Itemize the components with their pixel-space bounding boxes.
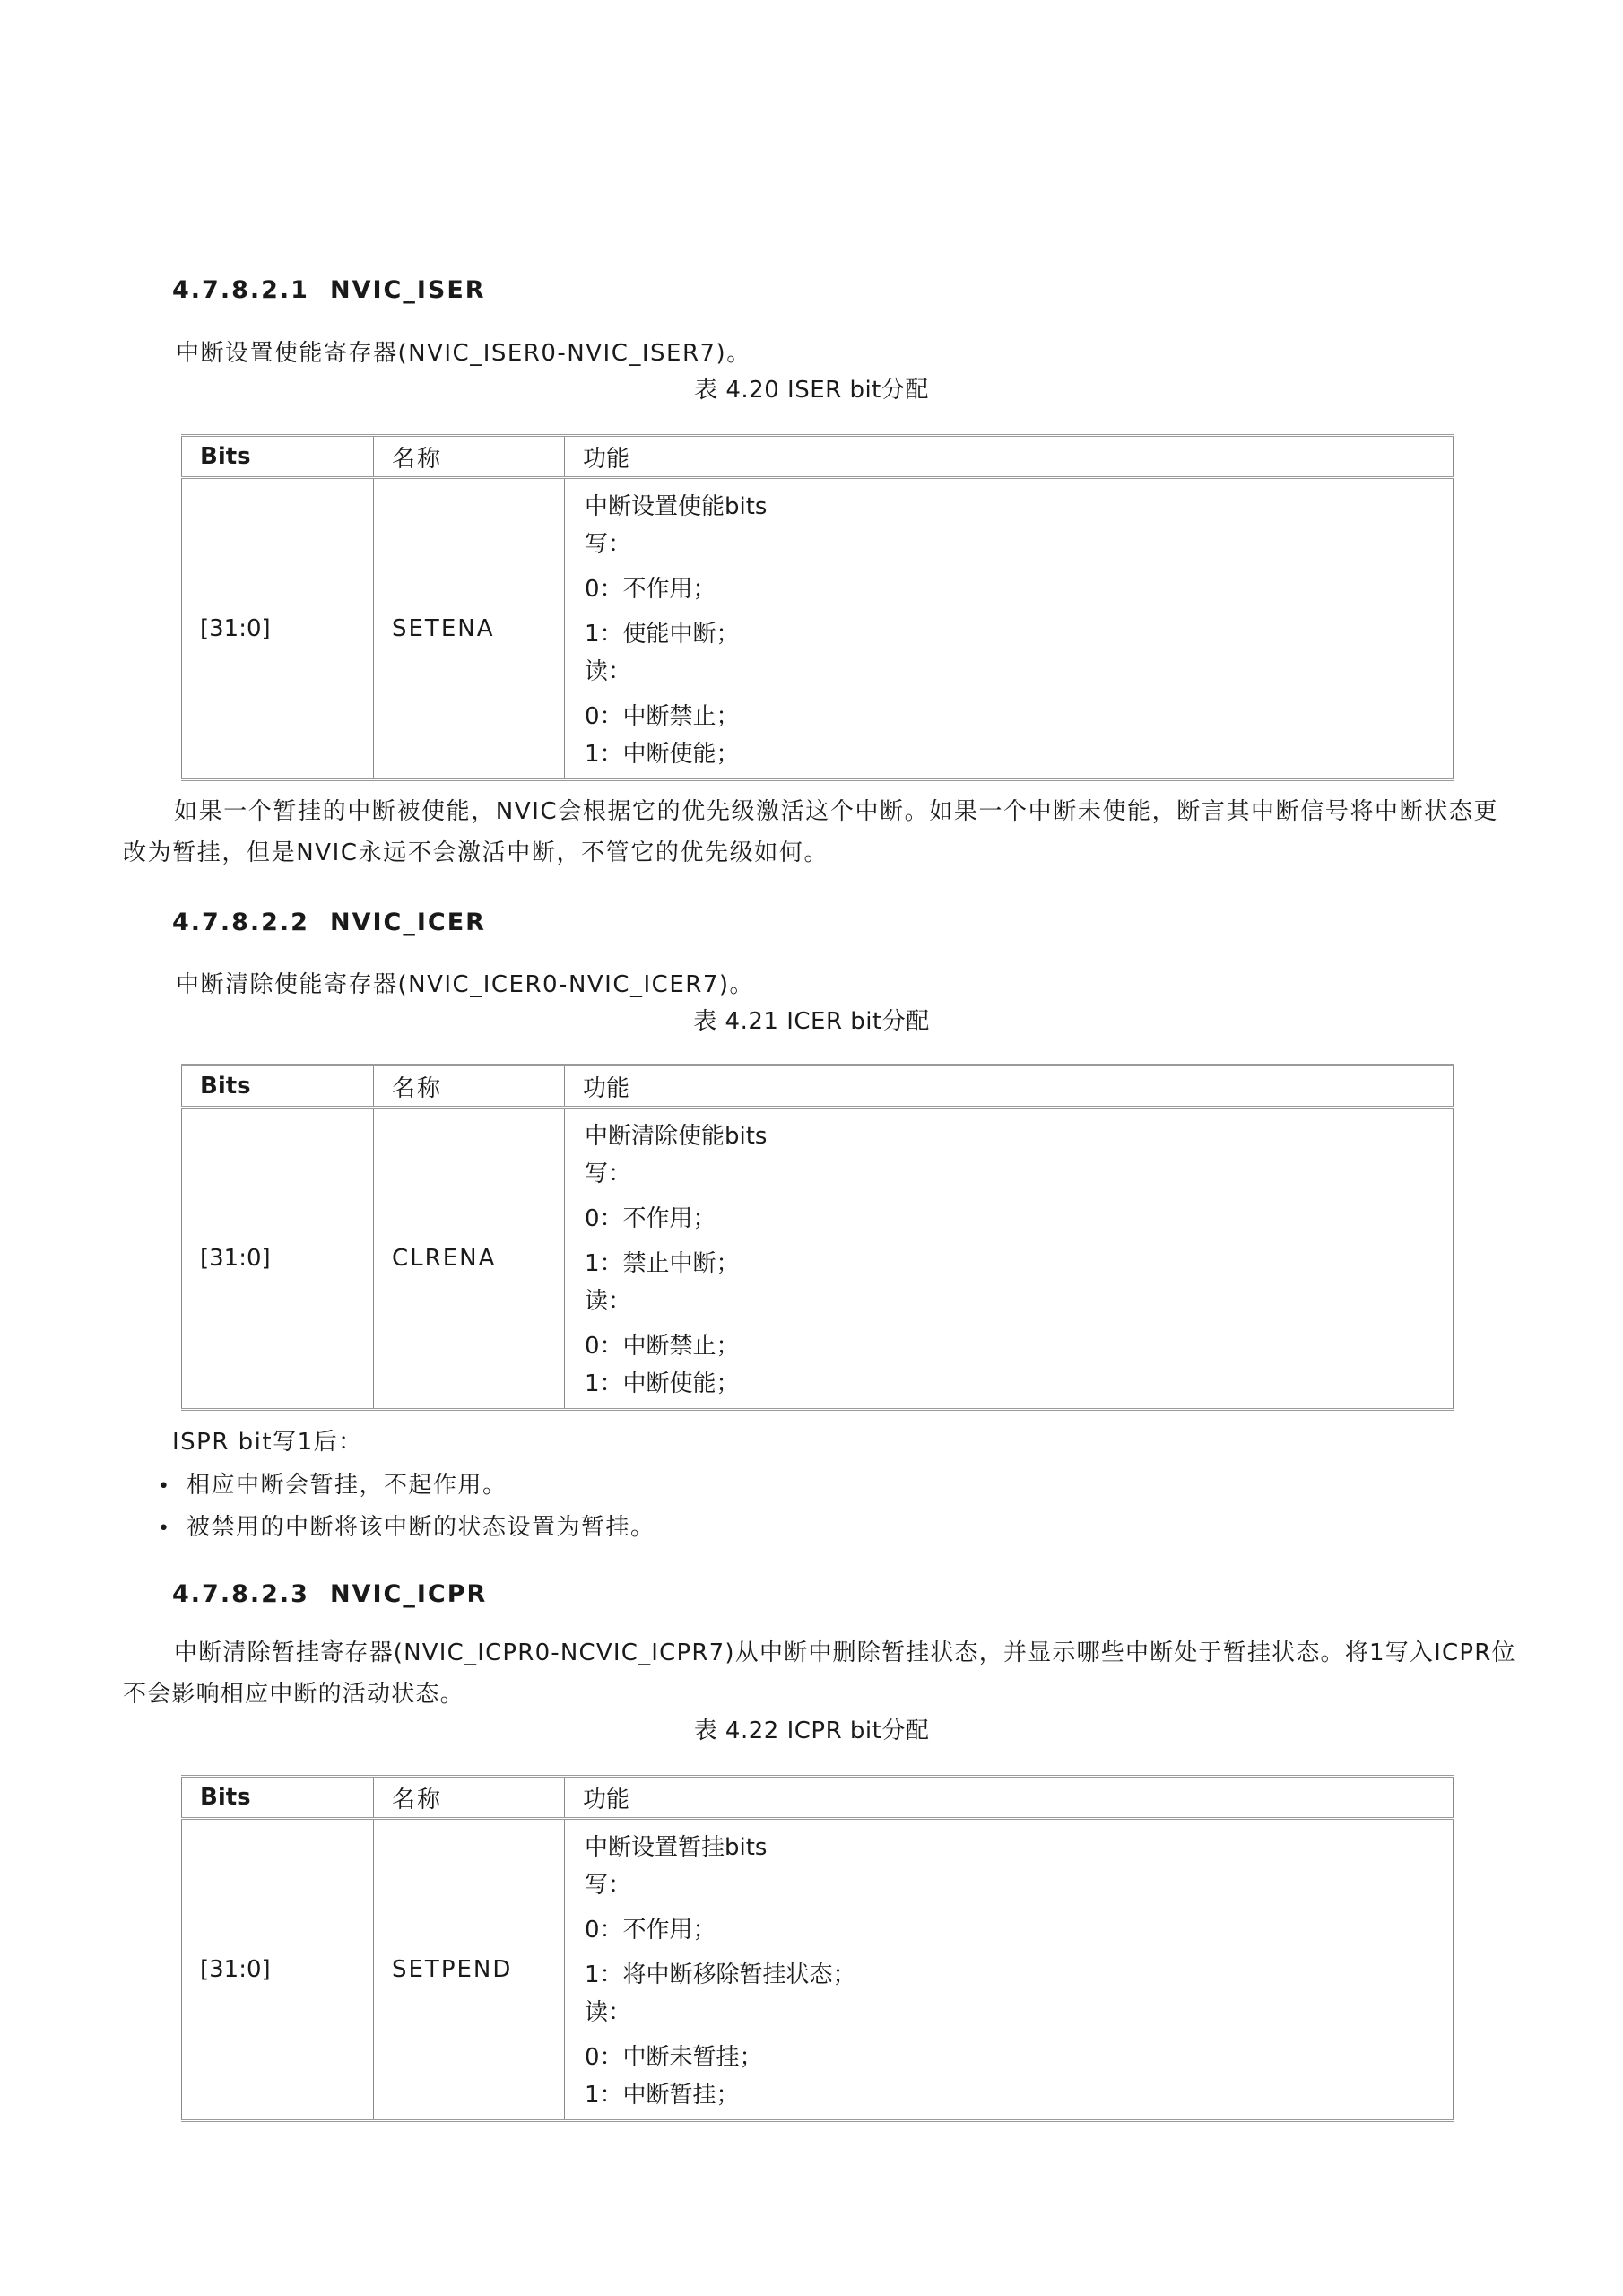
function-line: 1：将中断移除暂挂状态； [585,1956,1435,1994]
function-line: 0：中断未暂挂； [585,2039,1435,2076]
register-table-icpr: Bits 名称 功能 [31:0] SETPEND 中断设置暂挂bits 写： … [181,1775,1454,2122]
cell-function: 中断清除使能bits 写： 0：不作用； 1：禁止中断； 读： 0：中断禁止； … [565,1108,1454,1410]
bullet-text: 相应中断会暂挂，不起作用。 [187,1472,508,1499]
header-function: 功能 [565,1777,1454,1819]
cell-function: 中断设置暂挂bits 写： 0：不作用； 1：将中断移除暂挂状态； 读： 0：中… [565,1819,1454,2121]
header-name: 名称 [374,436,565,478]
function-line: 1：禁止中断； [585,1245,1435,1283]
cell-bits: [31:0] [182,478,374,780]
bullet-list-item: •被禁用的中断将该中断的状态设置为暂挂。 [158,1509,655,1542]
paragraph: 如果一个暂挂的中断被使能，NVIC会根据它的优先级激活这个中断。如果一个中断未使… [123,791,1522,874]
bullet-icon: • [158,1518,187,1540]
cell-name: CLRENA [374,1108,565,1410]
function-line: 0：不作用； [585,1200,1435,1238]
section-heading-icpr: 4.7.8.2.3NVIC_ICPR [172,1580,487,1608]
function-line: 1：中断暂挂； [585,2076,1435,2114]
table-caption: 表 4.21 ICER bit分配 [0,1003,1623,1036]
table-caption: 表 4.20 ISER bit分配 [0,371,1623,404]
cell-name: SETPEND [374,1819,565,2121]
table-header-row: Bits 名称 功能 [182,436,1454,478]
section-title: NVIC_ICPR [330,1580,487,1608]
function-line: 0：不作用； [585,1911,1435,1949]
table-caption: 表 4.22 ICPR bit分配 [0,1712,1623,1745]
header-bits: Bits [182,1065,374,1108]
section-description: 中断清除使能寄存器(NVIC_ICER0-NVIC_ICER7)。 [176,966,754,999]
function-line: 0：中断禁止； [585,698,1435,735]
note-intro: ISPR bit写1后： [172,1423,363,1457]
register-table-icer: Bits 名称 功能 [31:0] CLRENA 中断清除使能bits 写： 0… [181,1064,1454,1411]
register-table-iser: Bits 名称 功能 [31:0] SETENA 中断设置使能bits 写： 0… [181,434,1454,781]
section-number: 4.7.8.2.3 [172,1580,330,1608]
function-line: 写： [585,526,1435,563]
table-header-row: Bits 名称 功能 [182,1777,1454,1819]
header-function: 功能 [565,1065,1454,1108]
header-name: 名称 [374,1777,565,1819]
table-header-row: Bits 名称 功能 [182,1065,1454,1108]
function-line: 中断清除使能bits [585,1118,1435,1155]
table-row: [31:0] CLRENA 中断清除使能bits 写： 0：不作用； 1：禁止中… [182,1108,1454,1410]
function-line: 0：中断禁止； [585,1327,1435,1365]
table-row: [31:0] SETENA 中断设置使能bits 写： 0：不作用； 1：使能中… [182,478,1454,780]
function-line: 1：中断使能； [585,735,1435,773]
table-row: [31:0] SETPEND 中断设置暂挂bits 写： 0：不作用； 1：将中… [182,1819,1454,2121]
function-line: 0：不作用； [585,570,1435,608]
function-line: 读： [585,1283,1435,1320]
cell-function: 中断设置使能bits 写： 0：不作用； 1：使能中断； 读： 0：中断禁止； … [565,478,1454,780]
header-name: 名称 [374,1065,565,1108]
function-line: 1：使能中断； [585,615,1435,653]
function-line: 1：中断使能； [585,1365,1435,1403]
section-heading-icer: 4.7.8.2.2NVIC_ICER [172,909,486,936]
cell-bits: [31:0] [182,1819,374,2121]
header-bits: Bits [182,436,374,478]
cell-name: SETENA [374,478,565,780]
paragraph: 中断清除暂挂寄存器(NVIC_ICPR0-NCVIC_ICPR7)从中断中删除暂… [123,1632,1540,1715]
section-title: NVIC_ICER [330,909,486,936]
function-line: 中断设置使能bits [585,488,1435,526]
section-number: 4.7.8.2.2 [172,909,330,936]
function-line: 读： [585,1994,1435,2031]
bullet-icon: • [158,1475,187,1498]
bullet-list-item: •相应中断会暂挂，不起作用。 [158,1466,508,1500]
section-heading-iser: 4.7.8.2.1NVIC_ISER [172,276,486,304]
function-line: 中断设置暂挂bits [585,1829,1435,1866]
section-description: 中断设置使能寄存器(NVIC_ISER0-NVIC_ISER7)。 [176,335,751,368]
section-number: 4.7.8.2.1 [172,276,330,304]
function-line: 写： [585,1155,1435,1193]
section-title: NVIC_ISER [330,276,486,304]
header-bits: Bits [182,1777,374,1819]
cell-bits: [31:0] [182,1108,374,1410]
header-function: 功能 [565,436,1454,478]
function-line: 写： [585,1866,1435,1904]
function-line: 读： [585,653,1435,691]
bullet-text: 被禁用的中断将该中断的状态设置为暂挂。 [187,1514,655,1541]
